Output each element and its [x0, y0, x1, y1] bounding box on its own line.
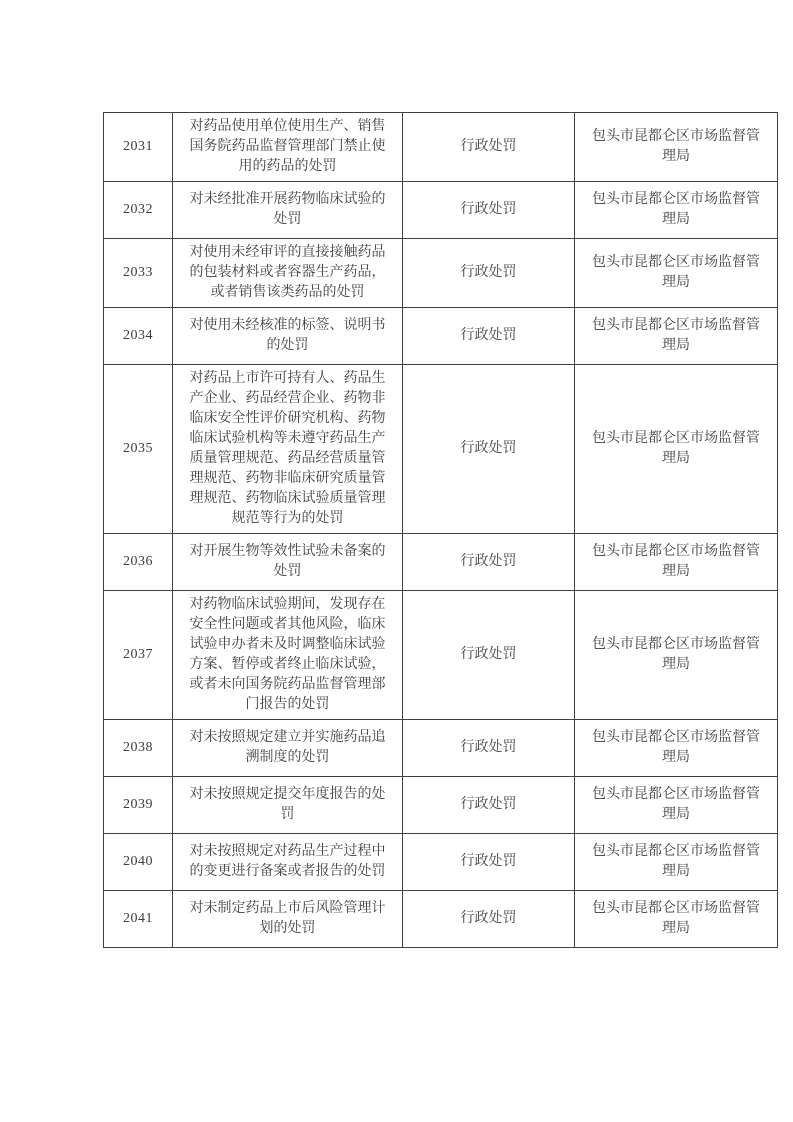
row-authority: 包头市昆都仑区市场监督管理局 [575, 182, 778, 239]
row-authority: 包头市昆都仑区市场监督管理局 [575, 308, 778, 365]
row-code: 2040 [104, 834, 173, 891]
row-authority: 包头市昆都仑区市场监督管理局 [575, 777, 778, 834]
row-penalty-type: 行政处罚 [403, 891, 575, 948]
row-code: 2037 [104, 591, 173, 720]
table-row: 2040 对未按照规定对药品生产过程中的变更进行备案或者报告的处罚 行政处罚 包… [104, 834, 778, 891]
row-matter: 对药品使用单位使用生产、销售国务院药品监督管理部门禁止使用的药品的处罚 [173, 113, 403, 182]
table-row: 2032 对未经批准开展药物临床试验的处罚 行政处罚 包头市昆都仑区市场监督管理… [104, 182, 778, 239]
row-code: 2041 [104, 891, 173, 948]
row-matter: 对药物临床试验期间，发现存在安全性问题或者其他风险，临床试验申办者未及时调整临床… [173, 591, 403, 720]
table-row: 2036 对开展生物等效性试验未备案的处罚 行政处罚 包头市昆都仑区市场监督管理… [104, 534, 778, 591]
row-penalty-type: 行政处罚 [403, 720, 575, 777]
row-matter: 对未按照规定建立并实施药品追溯制度的处罚 [173, 720, 403, 777]
row-penalty-type: 行政处罚 [403, 113, 575, 182]
row-code: 2038 [104, 720, 173, 777]
row-penalty-type: 行政处罚 [403, 534, 575, 591]
row-penalty-type: 行政处罚 [403, 308, 575, 365]
row-authority: 包头市昆都仑区市场监督管理局 [575, 591, 778, 720]
row-code: 2034 [104, 308, 173, 365]
table-row: 2039 对未按照规定提交年度报告的处罚 行政处罚 包头市昆都仑区市场监督管理局 [104, 777, 778, 834]
row-authority: 包头市昆都仑区市场监督管理局 [575, 834, 778, 891]
table-row: 2034 对使用未经核准的标签、说明书的处罚 行政处罚 包头市昆都仑区市场监督管… [104, 308, 778, 365]
table-row: 2033 对使用未经审评的直接接触药品的包装材料或者容器生产药品，或者销售该类药… [104, 239, 778, 308]
row-authority: 包头市昆都仑区市场监督管理局 [575, 891, 778, 948]
row-matter: 对药品上市许可持有人、药品生产企业、药品经营企业、药物非临床安全性评价研究机构、… [173, 365, 403, 534]
row-matter: 对未经批准开展药物临床试验的处罚 [173, 182, 403, 239]
row-matter: 对使用未经核准的标签、说明书的处罚 [173, 308, 403, 365]
penalty-table: 2031 对药品使用单位使用生产、销售国务院药品监督管理部门禁止使用的药品的处罚… [103, 112, 778, 948]
row-authority: 包头市昆都仑区市场监督管理局 [575, 720, 778, 777]
row-authority: 包头市昆都仑区市场监督管理局 [575, 365, 778, 534]
table-row: 2038 对未按照规定建立并实施药品追溯制度的处罚 行政处罚 包头市昆都仑区市场… [104, 720, 778, 777]
document-page: 2031 对药品使用单位使用生产、销售国务院药品监督管理部门禁止使用的药品的处罚… [0, 0, 793, 1122]
row-code: 2035 [104, 365, 173, 534]
table-row: 2041 对未制定药品上市后风险管理计划的处罚 行政处罚 包头市昆都仑区市场监督… [104, 891, 778, 948]
table-row: 2035 对药品上市许可持有人、药品生产企业、药品经营企业、药物非临床安全性评价… [104, 365, 778, 534]
row-penalty-type: 行政处罚 [403, 591, 575, 720]
row-matter: 对使用未经审评的直接接触药品的包装材料或者容器生产药品，或者销售该类药品的处罚 [173, 239, 403, 308]
row-authority: 包头市昆都仑区市场监督管理局 [575, 534, 778, 591]
row-penalty-type: 行政处罚 [403, 834, 575, 891]
row-penalty-type: 行政处罚 [403, 365, 575, 534]
row-matter: 对未按照规定对药品生产过程中的变更进行备案或者报告的处罚 [173, 834, 403, 891]
row-code: 2033 [104, 239, 173, 308]
row-code: 2039 [104, 777, 173, 834]
row-authority: 包头市昆都仑区市场监督管理局 [575, 113, 778, 182]
table-row: 2037 对药物临床试验期间，发现存在安全性问题或者其他风险，临床试验申办者未及… [104, 591, 778, 720]
table-row: 2031 对药品使用单位使用生产、销售国务院药品监督管理部门禁止使用的药品的处罚… [104, 113, 778, 182]
row-matter: 对未按照规定提交年度报告的处罚 [173, 777, 403, 834]
row-penalty-type: 行政处罚 [403, 777, 575, 834]
row-authority: 包头市昆都仑区市场监督管理局 [575, 239, 778, 308]
penalty-table-body: 2031 对药品使用单位使用生产、销售国务院药品监督管理部门禁止使用的药品的处罚… [104, 113, 778, 948]
row-code: 2036 [104, 534, 173, 591]
row-matter: 对未制定药品上市后风险管理计划的处罚 [173, 891, 403, 948]
row-code: 2031 [104, 113, 173, 182]
row-penalty-type: 行政处罚 [403, 239, 575, 308]
row-code: 2032 [104, 182, 173, 239]
row-matter: 对开展生物等效性试验未备案的处罚 [173, 534, 403, 591]
row-penalty-type: 行政处罚 [403, 182, 575, 239]
